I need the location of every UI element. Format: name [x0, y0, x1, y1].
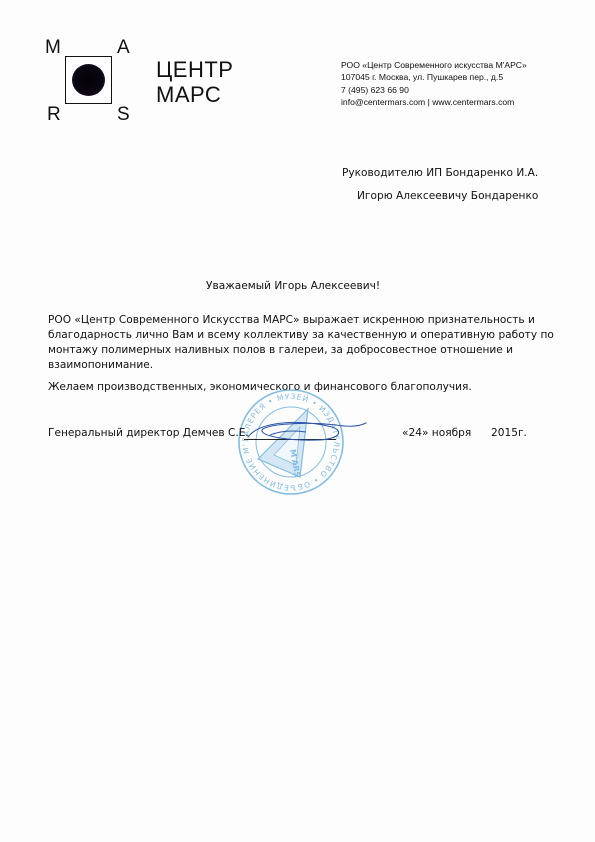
letter-page: M A R S ЦЕНТР МАРС РОО «Центр Современно…	[0, 0, 595, 842]
letter-body: РОО «Центр Современного Искусства МАРС» …	[48, 313, 568, 373]
organization-contact-block: РОО «Центр Современного искусства М'АРС»…	[341, 59, 527, 108]
mars-logo: M A R S	[40, 34, 150, 130]
addressee-position: Руководителю ИП Бондаренко И.А.	[342, 167, 538, 179]
body-line: РОО «Центр Современного Искусства МАРС» …	[48, 313, 568, 328]
logo-letter-m: M	[45, 38, 61, 57]
stamp-center-text: M'ARS	[288, 448, 302, 478]
letter-date-day: «24» ноября	[402, 427, 471, 439]
logo-black-circle-icon	[72, 64, 105, 96]
wordmark-line-2: МАРС	[156, 82, 233, 107]
organization-web: info@centermars.com | www.centermars.com	[341, 96, 527, 108]
logo-letter-s: S	[117, 105, 130, 124]
body-line: благодарность лично Вам и всему коллекти…	[48, 328, 568, 343]
logo-square-icon	[65, 56, 112, 104]
logo-letter-r: R	[47, 105, 61, 124]
organization-address: 107045 г. Москва, ул. Пушкарев пер., д.5	[341, 71, 527, 83]
salutation: Уважаемый Игорь Алексеевич!	[206, 280, 380, 292]
letter-date-year: 2015г.	[491, 427, 527, 439]
logo-letter-a: A	[117, 38, 130, 57]
organization-name: РОО «Центр Современного искусства М'АРС»	[341, 59, 527, 71]
handwritten-signature-icon	[240, 415, 370, 455]
organization-stamp-icon: ГАЛЕРЕЯ • МУЗЕЙ • ИЗДАТЕЛЬСТВО • ОБЪЕДИН…	[236, 387, 346, 497]
wordmark-line-1: ЦЕНТР	[156, 57, 233, 82]
signature-line	[244, 439, 336, 440]
letter-wishes: Желаем производственных, экономического …	[48, 381, 472, 393]
logo-wordmark: ЦЕНТР МАРС	[156, 57, 233, 107]
signer-title: Генеральный директор Демчев С.Е.	[48, 427, 249, 439]
organization-phone: 7 (495) 623 66 90	[341, 84, 527, 96]
body-line: монтажу полимерных наливных полов в гале…	[48, 343, 568, 358]
addressee-name: Игорю Алексеевичу Бондаренко	[357, 190, 538, 202]
body-line: взаимопонимание.	[48, 358, 568, 373]
